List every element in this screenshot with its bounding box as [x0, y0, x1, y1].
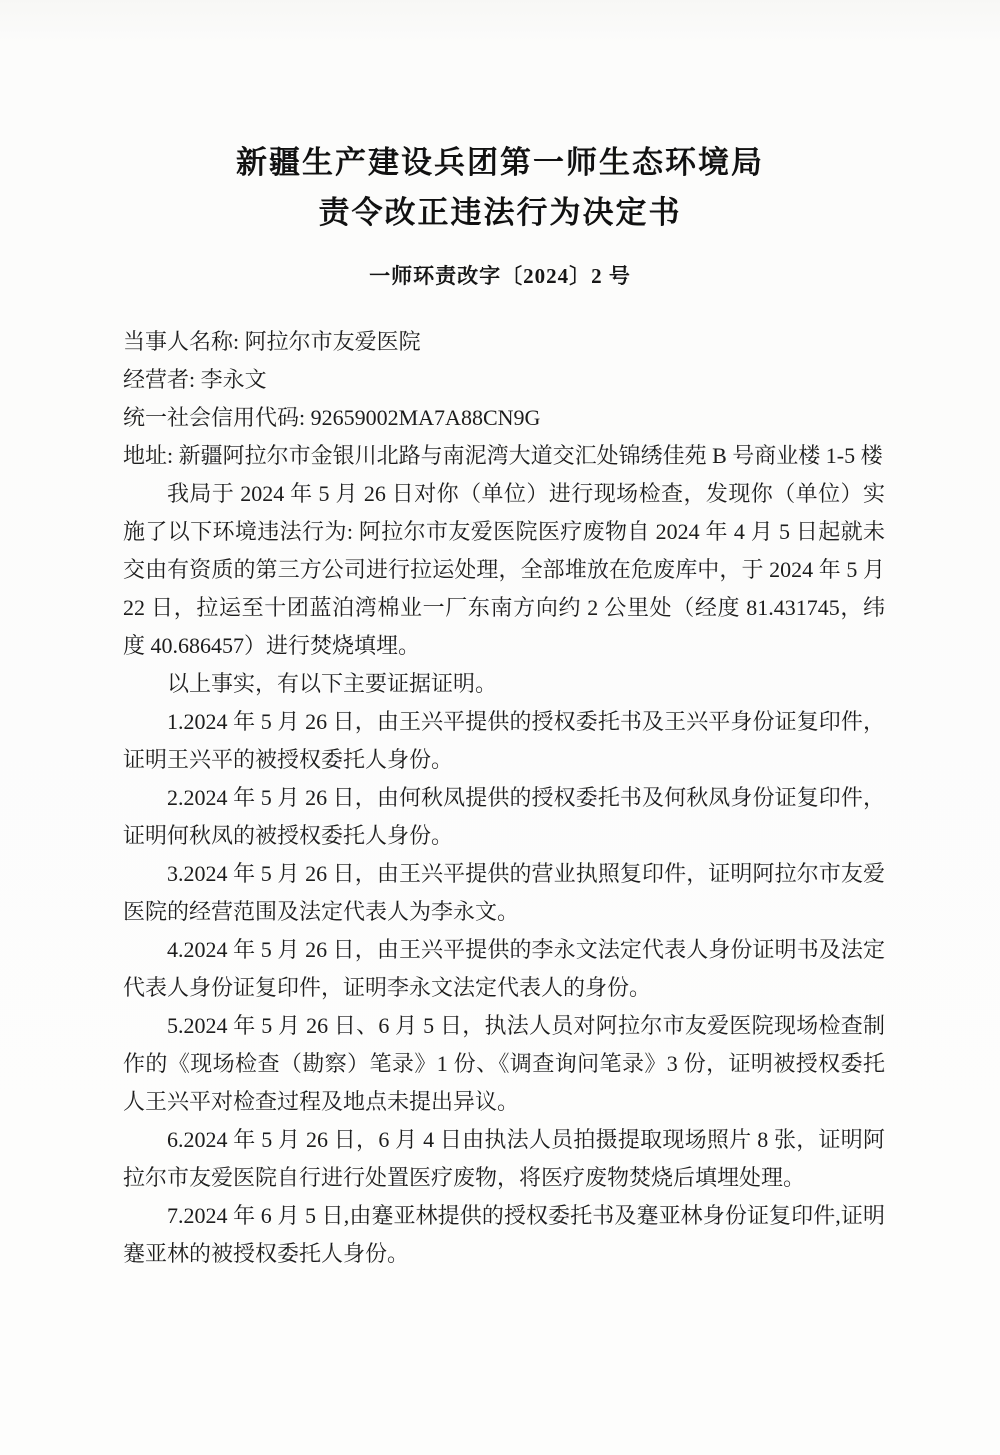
field-credit-code: 统一社会信用代码: 92659002MA7A88CN9G: [123, 399, 885, 437]
evidence-item-2: 2.2024 年 5 月 26 日，由何秋凤提供的授权委托书及何秋凤身份证复印件…: [123, 779, 885, 855]
evidence-item-4: 4.2024 年 5 月 26 日，由王兴平提供的李永文法定代表人身份证明书及法…: [123, 931, 885, 1007]
evidence-item-6: 6.2024 年 5 月 26 日，6 月 4 日由执法人员拍摄提取现场照片 8…: [123, 1121, 885, 1197]
document-number: 一师环责改字〔2024〕2 号: [0, 260, 1000, 290]
evidence-item-7: 7.2024 年 6 月 5 日,由蹇亚林提供的授权委托书及蹇亚林身份证复印件,…: [123, 1197, 885, 1273]
field-party-name: 当事人名称: 阿拉尔市友爱医院: [123, 323, 885, 361]
field-address: 地址: 新疆阿拉尔市金银川北路与南泥湾大道交汇处锦绣佳苑 B 号商业楼 1-5 …: [123, 437, 885, 475]
document-title-line-1: 新疆生产建设兵团第一师生态环境局: [0, 138, 1000, 188]
paragraph-evidence-lead: 以上事实，有以下主要证据证明。: [123, 665, 885, 703]
scanned-document-page: 新疆生产建设兵团第一师生态环境局 责令改正违法行为决定书 一师环责改字〔2024…: [0, 0, 1000, 1455]
document-body: 当事人名称: 阿拉尔市友爱医院 经营者: 李永文 统一社会信用代码: 92659…: [123, 323, 885, 1273]
field-operator: 经营者: 李永文: [123, 361, 885, 399]
evidence-item-5: 5.2024 年 5 月 26 日、6 月 5 日，执法人员对阿拉尔市友爱医院现…: [123, 1007, 885, 1121]
document-title-line-2: 责令改正违法行为决定书: [0, 188, 1000, 238]
evidence-item-1: 1.2024 年 5 月 26 日，由王兴平提供的授权委托书及王兴平身份证复印件…: [123, 703, 885, 779]
paragraph-findings: 我局于 2024 年 5 月 26 日对你（单位）进行现场检查，发现你（单位）实…: [123, 475, 885, 665]
evidence-item-3: 3.2024 年 5 月 26 日，由王兴平提供的营业执照复印件，证明阿拉尔市友…: [123, 855, 885, 931]
document-header: 新疆生产建设兵团第一师生态环境局 责令改正违法行为决定书 一师环责改字〔2024…: [0, 0, 1000, 290]
